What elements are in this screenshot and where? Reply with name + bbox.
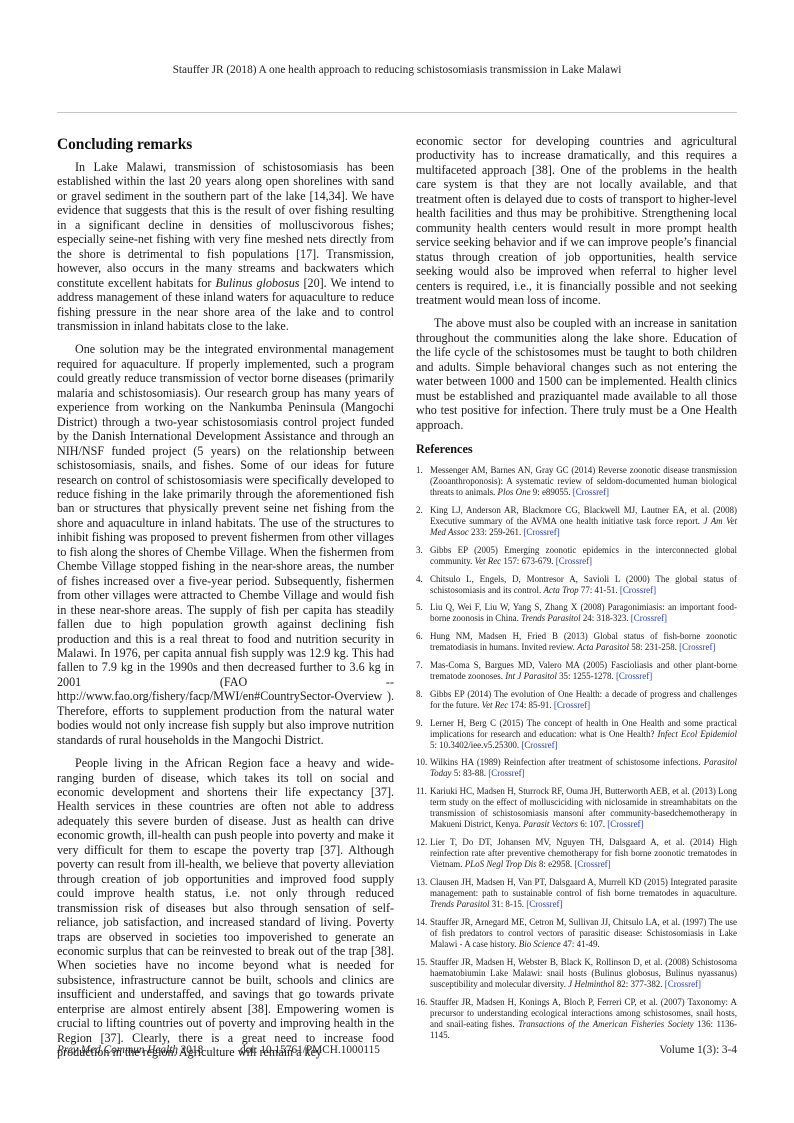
reference-item: 1.Messenger AM, Barnes AN, Gray GC (2014… (416, 465, 737, 498)
footer-volume: Volume 1(3): 3-4 (659, 1044, 737, 1056)
reference-item: 5.Liu Q, Wei F, Liu W, Yang S, Zhang X (… (416, 602, 737, 624)
footer-year: , 2018 (175, 1044, 203, 1056)
reference-number: 14. (416, 917, 427, 928)
reference-volume-pages: 77: 41-51. (579, 585, 620, 595)
reference-text: Wilkins HA (1989) Reinfection after trea… (430, 757, 704, 767)
crossref-link[interactable]: [Crossref] (554, 700, 590, 710)
reference-volume-pages: 47: 41-49. (561, 939, 600, 949)
reference-item: 7.Mas-Coma S, Bargues MD, Valero MA (200… (416, 660, 737, 682)
reference-journal: Acta Trop (543, 585, 578, 595)
reference-item: 15.Stauffer JR, Madsen H, Webster B, Bla… (416, 957, 737, 990)
reference-journal: Plos One (498, 487, 531, 497)
reference-volume-pages: 8: e2958. (537, 859, 575, 869)
reference-journal: Vet Rec (482, 700, 509, 710)
reference-number: 12. (416, 837, 427, 848)
reference-volume-pages: 5: 83-88. (452, 768, 489, 778)
paragraph-3-continued: economic sector for developing countries… (416, 134, 737, 307)
reference-journal: Parasit Vectors (523, 819, 578, 829)
right-column: economic sector for developing countries… (416, 134, 737, 1048)
paragraph-2: One solution may be the integrated envir… (57, 342, 394, 747)
reference-number: 1. (416, 465, 423, 476)
reference-journal: Transactions of the American Fisheries S… (518, 1019, 693, 1029)
reference-number: 16. (416, 997, 427, 1008)
reference-volume-pages: 82: 377-382. (615, 979, 665, 989)
reference-item: 14.Stauffer JR, Arnegard ME, Cetron M, S… (416, 917, 737, 950)
reference-volume-pages: 5: 10.3402/iee.v5.25300. (430, 740, 521, 750)
crossref-link[interactable]: [Crossref] (574, 859, 610, 869)
paragraph-text: In Lake Malawi, transmission of schistos… (57, 160, 394, 290)
reference-item: 13.Clausen JH, Madsen H, Van PT, Dalsgaa… (416, 877, 737, 910)
reference-item: 11.Kariuki HC, Madsen H, Sturrock RF, Ou… (416, 786, 737, 830)
reference-item: 10.Wilkins HA (1989) Reinfection after t… (416, 757, 737, 779)
paragraph-4: The above must also be coupled with an i… (416, 316, 737, 432)
crossref-link[interactable]: [Crossref] (521, 740, 557, 750)
crossref-link[interactable]: [Crossref] (607, 819, 643, 829)
reference-number: 4. (416, 574, 423, 585)
crossref-link[interactable]: [Crossref] (679, 642, 715, 652)
reference-volume-pages: 233: 259-261. (469, 527, 524, 537)
reference-number: 6. (416, 631, 423, 642)
reference-number: 15. (416, 957, 427, 968)
paragraph-1: In Lake Malawi, transmission of schistos… (57, 160, 394, 333)
reference-item: 16.Stauffer JR, Madsen H, Konings A, Blo… (416, 997, 737, 1041)
crossref-link[interactable]: [Crossref] (573, 487, 609, 497)
crossref-link[interactable]: [Crossref] (665, 979, 701, 989)
left-column: Concluding remarks In Lake Malawi, trans… (57, 134, 394, 1069)
reference-journal: Int J Parasitol (505, 671, 557, 681)
crossref-link[interactable]: [Crossref] (523, 527, 559, 537)
reference-journal: Trends Parasitol (521, 613, 581, 623)
reference-item: 6.Hung NM, Madsen H, Fried B (2013) Glob… (416, 631, 737, 653)
reference-volume-pages: 6: 107. (578, 819, 607, 829)
footer-journal: Prev Med Commun Health (57, 1044, 178, 1056)
crossref-link[interactable]: [Crossref] (556, 556, 592, 566)
reference-number: 3. (416, 545, 423, 556)
species-name: Bulinus globosus (216, 276, 300, 290)
section-title: Concluding remarks (57, 136, 394, 154)
reference-volume-pages: 157: 673-679. (501, 556, 556, 566)
running-header: Stauffer JR (2018) A one health approach… (0, 64, 794, 76)
reference-volume-pages: 9: e89055. (531, 487, 573, 497)
reference-number: 8. (416, 689, 423, 700)
reference-item: 2.King LJ, Anderson AR, Blackmore CG, Bl… (416, 505, 737, 538)
reference-volume-pages: 24: 318-323. (581, 613, 631, 623)
reference-journal: Infect Ecol Epidemiol (658, 729, 737, 739)
crossref-link[interactable]: [Crossref] (616, 671, 652, 681)
references-title: References (416, 442, 737, 457)
reference-journal: Acta Parasitol (577, 642, 629, 652)
crossref-link[interactable]: [Crossref] (488, 768, 524, 778)
crossref-link[interactable]: [Crossref] (631, 613, 667, 623)
reference-journal: Bio Science (519, 939, 561, 949)
footer-doi: doi: 10.15761/PMCH.1000115 (240, 1044, 380, 1056)
reference-volume-pages: 31: 8-15. (490, 899, 527, 909)
crossref-link[interactable]: [Crossref] (620, 585, 656, 595)
reference-number: 9. (416, 718, 423, 729)
reference-item: 9.Lerner H, Berg C (2015) The concept of… (416, 718, 737, 751)
reference-journal: Vet Rec (475, 556, 502, 566)
header-divider (57, 112, 737, 113)
paragraph-3: People living in the African Region face… (57, 756, 394, 1060)
reference-item: 3.Gibbs EP (2005) Emerging zoonotic epid… (416, 545, 737, 567)
reference-volume-pages: 174: 85-91. (508, 700, 554, 710)
reference-number: 10. (416, 757, 427, 768)
reference-number: 7. (416, 660, 423, 671)
reference-item: 8.Gibbs EP (2014) The evolution of One H… (416, 689, 737, 711)
references-list: 1.Messenger AM, Barnes AN, Gray GC (2014… (416, 465, 737, 1041)
reference-number: 11. (416, 786, 427, 797)
reference-text: King LJ, Anderson AR, Blackmore CG, Blac… (430, 505, 737, 526)
reference-volume-pages: 58: 231-258. (629, 642, 679, 652)
reference-number: 5. (416, 602, 423, 613)
reference-volume-pages: 35: 1255-1278. (557, 671, 616, 681)
reference-journal: PLoS Negl Trop Dis (465, 859, 537, 869)
reference-text: Clausen JH, Madsen H, Van PT, Dalsgaard … (430, 877, 737, 898)
reference-journal: Trends Parasitol (430, 899, 490, 909)
reference-journal: J Helminthol (568, 979, 614, 989)
reference-number: 13. (416, 877, 427, 888)
crossref-link[interactable]: [Crossref] (526, 899, 562, 909)
reference-item: 4.Chitsulo L, Engels, D, Montresor A, Sa… (416, 574, 737, 596)
reference-number: 2. (416, 505, 423, 516)
reference-item: 12.Lier T, Do DT, Johansen MV, Nguyen TH… (416, 837, 737, 870)
